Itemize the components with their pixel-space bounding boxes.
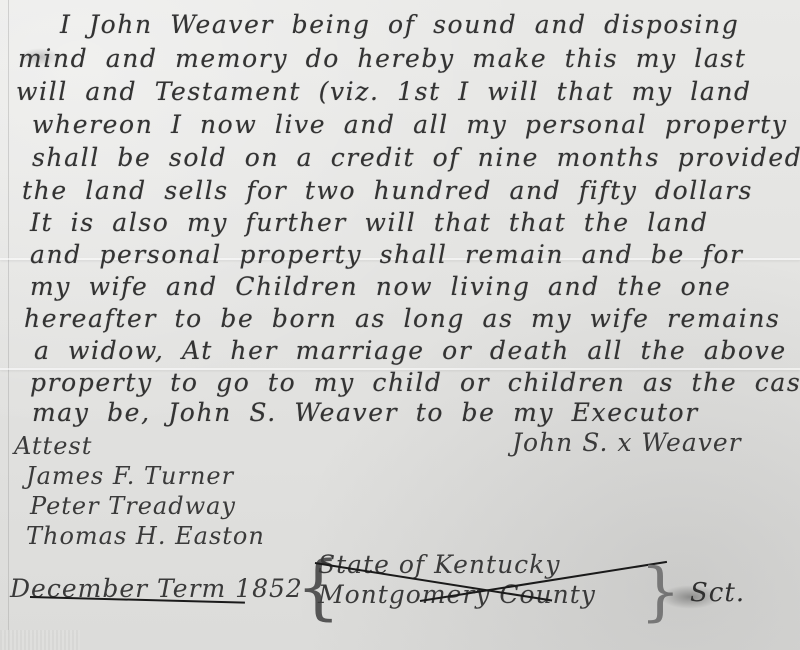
will-line-11: a widow, At her marriage or death all th… (34, 336, 787, 365)
court-state: State of Kentucky (318, 550, 560, 579)
ink-smudge (20, 48, 60, 66)
paper-edge (0, 630, 80, 650)
witness-3: Thomas H. Easton (26, 522, 265, 550)
document-page: I John Weaver being of sound and disposi… (0, 0, 800, 650)
margin-rule (8, 0, 9, 650)
will-line-10: hereafter to be born as long as my wife … (24, 304, 781, 333)
will-line-5: shall be sold on a credit of nine months… (32, 143, 800, 172)
testator-signature: John S. x Weaver (512, 428, 742, 457)
will-line-9: my wife and Children now living and the … (30, 272, 731, 301)
will-line-4: whereon I now live and all my personal p… (32, 110, 788, 139)
will-line-13: may be, John S. Weaver to be my Executor (32, 398, 699, 427)
will-line-12: property to go to my child or children a… (30, 368, 800, 397)
attest-label: Attest (14, 432, 92, 460)
will-line-7: It is also my further will that that the… (30, 208, 709, 237)
witness-1: James F. Turner (26, 462, 234, 490)
will-line-3: will and Testament (viz. 1st I will that… (16, 77, 752, 106)
will-line-6: the land sells for two hundred and fifty… (22, 176, 753, 205)
will-line-1: I John Weaver being of sound and disposi… (60, 10, 739, 39)
witness-2: Peter Treadway (30, 492, 236, 520)
will-line-8: and personal property shall remain and b… (30, 240, 744, 269)
will-line-2: mind and memory do hereby make this my l… (18, 44, 746, 73)
ink-smudge (660, 585, 720, 609)
